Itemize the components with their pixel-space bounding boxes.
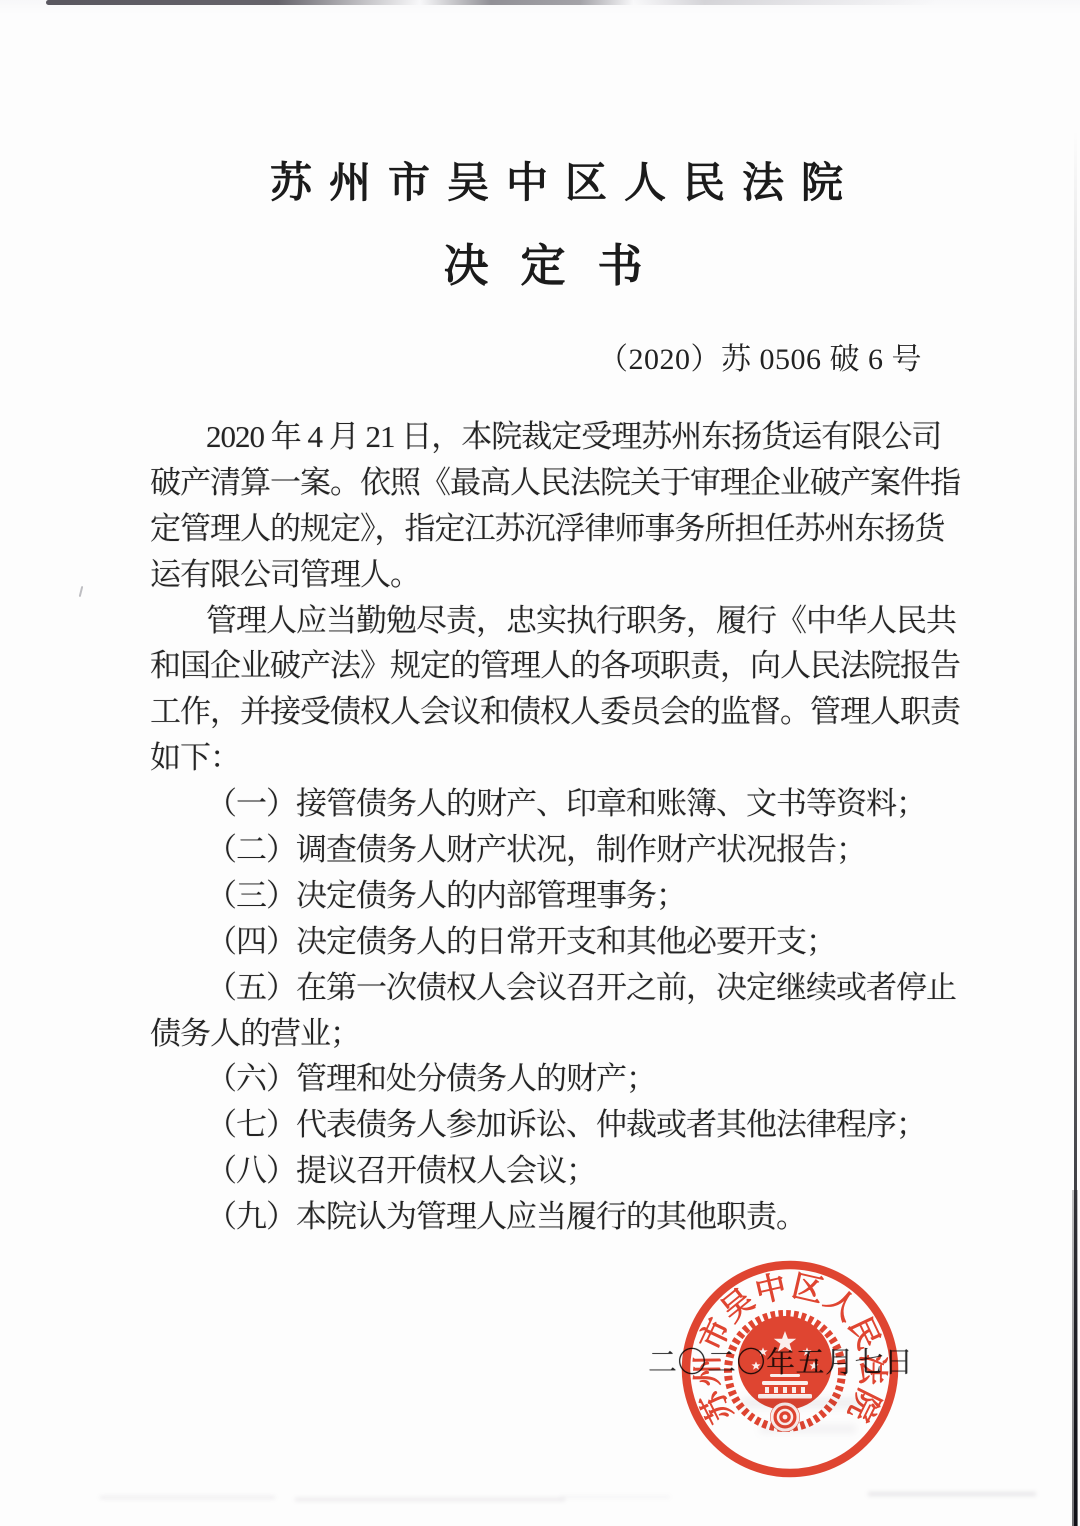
- body-line: （八）提议召开债权人会议；: [150, 1148, 932, 1194]
- body-line: 如下：: [150, 735, 932, 781]
- body-line: （二）调查债务人财产状况，制作财产状况报告；: [150, 827, 932, 873]
- body-line: 管理人应当勤勉尽责，忠实执行职务，履行《中华人民共: [150, 598, 932, 644]
- gear-icon: [770, 1402, 800, 1432]
- body-line: 工作，并接受债权人会议和债权人委员会的监督。管理人职责: [150, 689, 932, 735]
- body-line: （七）代表债务人参加诉讼、仲裁或者其他法律程序；: [150, 1102, 932, 1148]
- case-number: （2020）苏 0506 破 6 号: [152, 334, 922, 378]
- body-line: 2020 年 4 月 21 日，本院裁定受理苏州东扬货运有限公司: [150, 414, 932, 460]
- body-line: 和国企业破产法》规定的管理人的各项职责，向人民法院报告: [150, 643, 932, 689]
- body-text: 2020 年 4 月 21 日，本院裁定受理苏州东扬货运有限公司破产清算一案。依…: [150, 414, 932, 1240]
- body-line: 债务人的营业；: [150, 1011, 932, 1057]
- document-type-title: 决定书: [168, 229, 950, 294]
- body-line: 运有限公司管理人。: [150, 552, 932, 598]
- body-line: （九）本院认为管理人应当履行的其他职责。: [150, 1194, 932, 1240]
- body-line: 破产清算一案。依照《最高人民法院关于审理企业破产案件指: [150, 460, 932, 506]
- body-line: （三）决定债务人的内部管理事务；: [150, 873, 932, 919]
- national-emblem-icon: [728, 1314, 842, 1432]
- document-page: 苏州市吴中区人民法院 决定书 （2020）苏 0506 破 6 号 2020 年…: [0, 0, 1080, 1526]
- court-name-title: 苏州市吴中区人民法院: [174, 150, 956, 210]
- body-line: （四）决定债务人的日常开支和其他必要开支；: [150, 919, 932, 965]
- official-seal: 苏州市吴中区人民法院: [675, 1254, 905, 1484]
- body-line: （五）在第一次债权人会议召开之前，决定继续或者停止: [150, 965, 932, 1011]
- body-line: （六）管理和处分债务人的财产；: [150, 1056, 932, 1102]
- body-line: 定管理人的规定》，指定江苏沉浮律师事务所担任苏州东扬货: [150, 506, 932, 552]
- decision-document: 苏州市吴中区人民法院 决定书 （2020）苏 0506 破 6 号 2020 年…: [0, 0, 1080, 1526]
- body-line: （一）接管债务人的财产、印章和账簿、文书等资料；: [150, 781, 932, 827]
